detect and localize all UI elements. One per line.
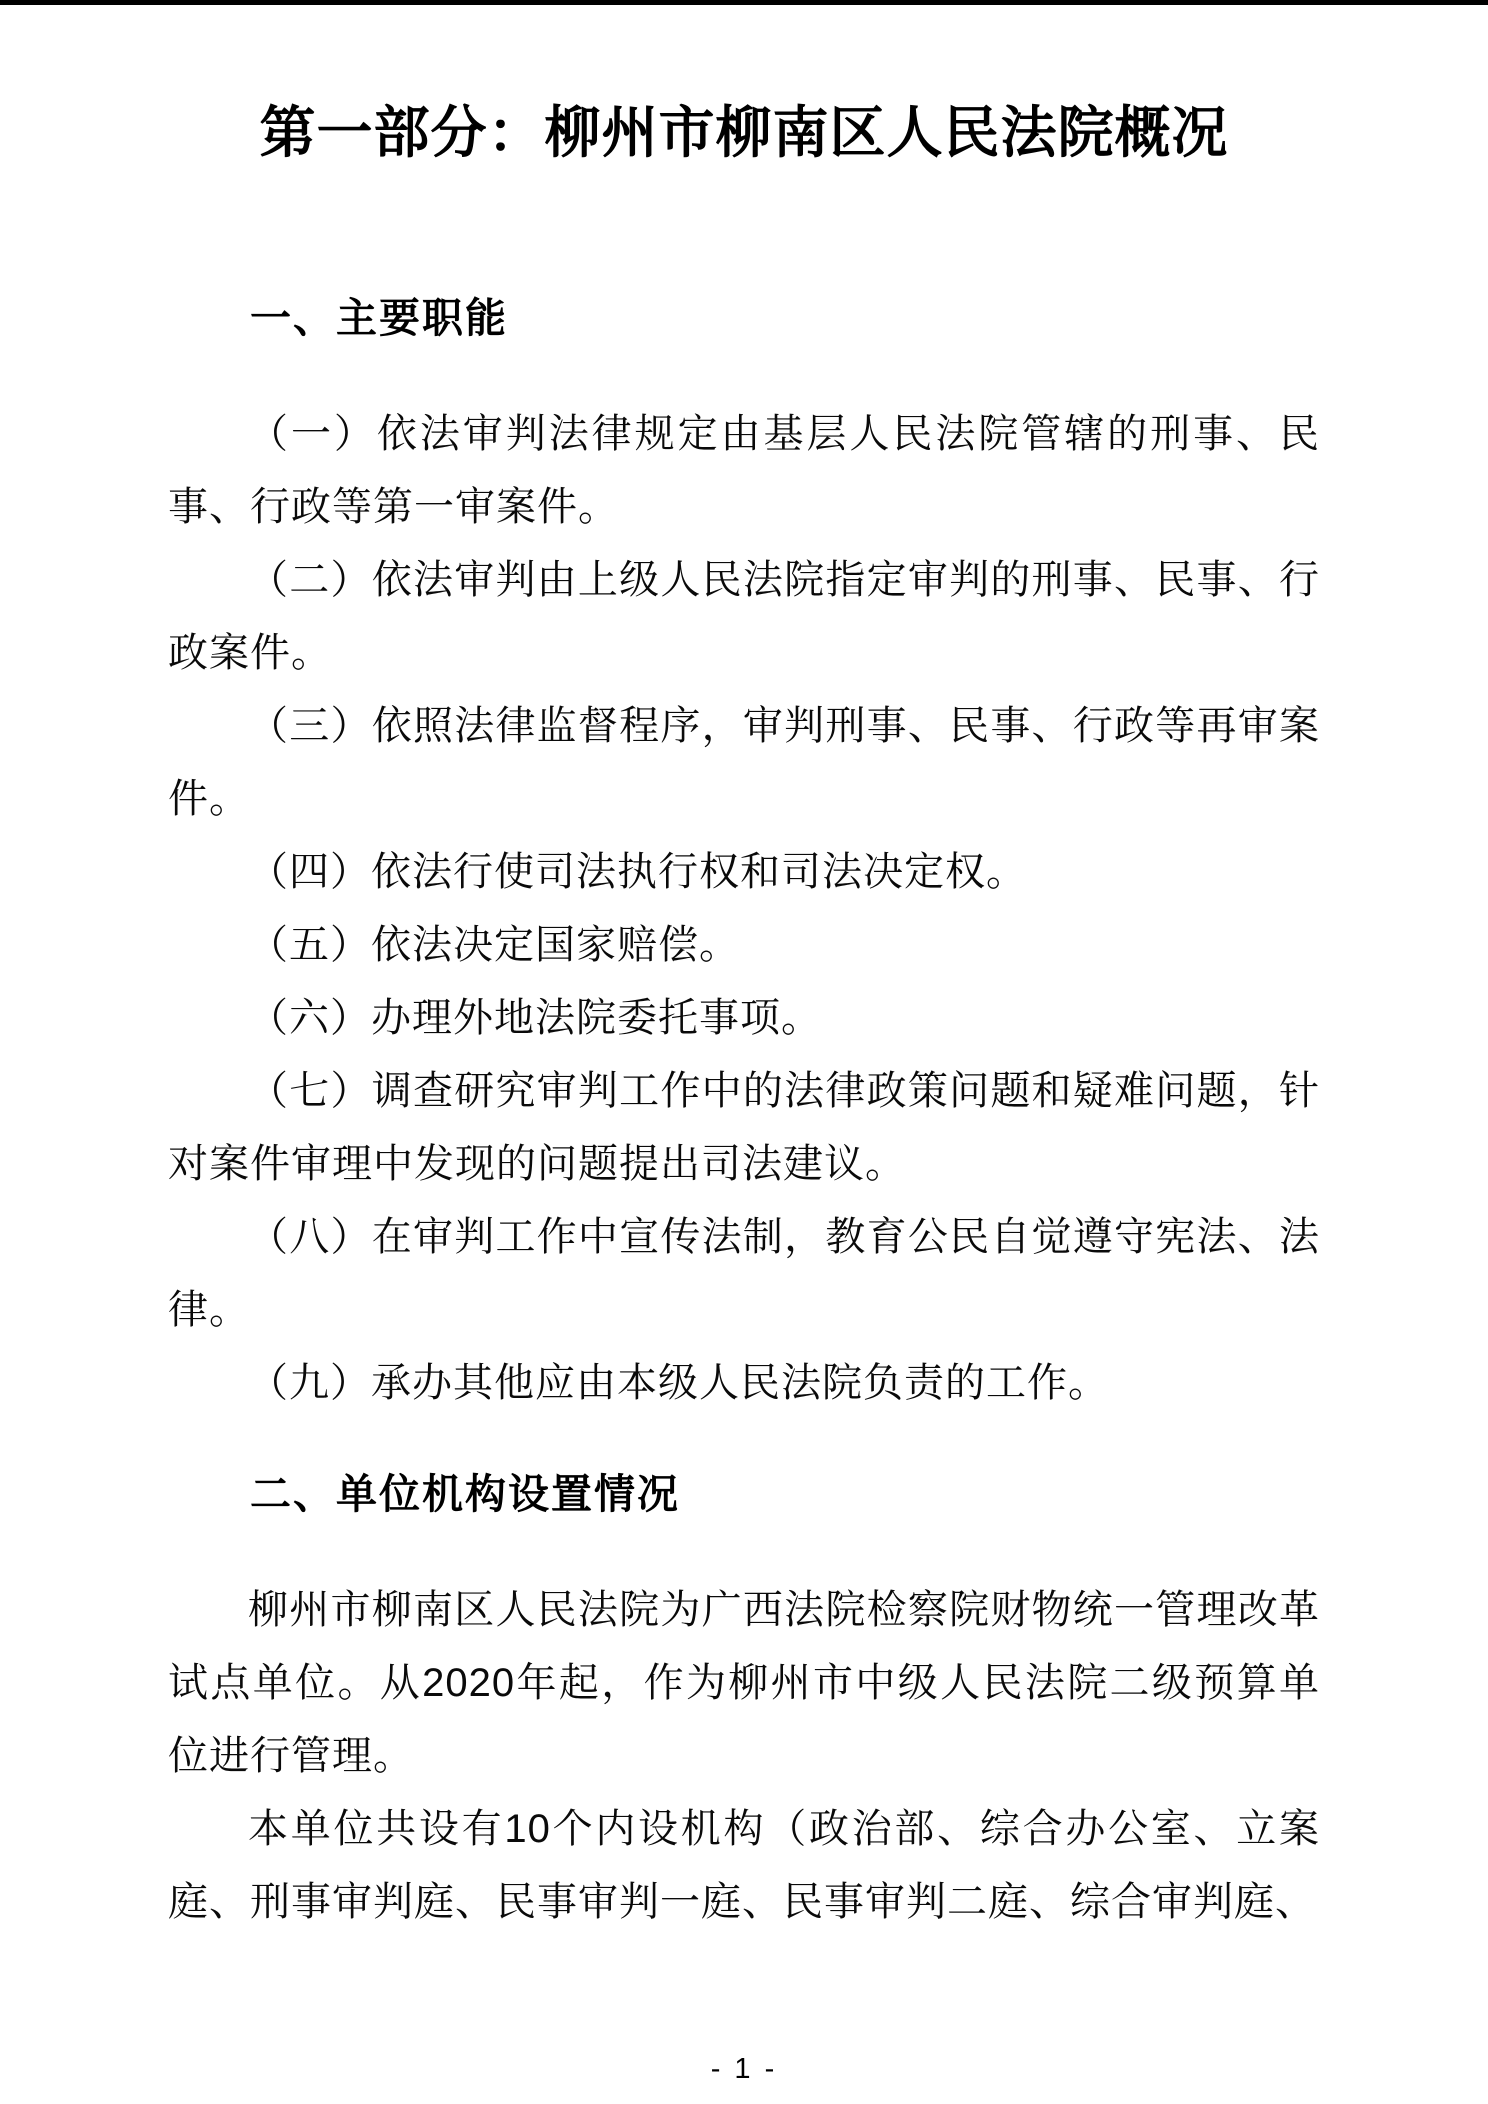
section-main-functions: 一、主要职能 （一）依法审判法律规定由基层人民法院管辖的刑事、民事、行政等第一审… — [168, 290, 1320, 1420]
paragraph-function-7: （七）调查研究审判工作中的法律政策问题和疑难问题，针对案件审理中发现的问题提出司… — [168, 1055, 1320, 1201]
paragraph-function-5: （五）依法决定国家赔偿。 — [168, 909, 1320, 982]
paragraph-function-2: （二）依法审判由上级人民法院指定审判的刑事、民事、行政案件。 — [168, 544, 1320, 690]
paragraph-function-8: （八）在审判工作中宣传法制，教育公民自觉遵守宪法、法律。 — [168, 1201, 1320, 1347]
page-number: - 1 - — [0, 2053, 1488, 2086]
section-heading-org-structure: 二、单位机构设置情况 — [168, 1466, 1320, 1522]
section-org-structure: 二、单位机构设置情况 柳州市柳南区人民法院为广西法院检察院财物统一管理改革试点单… — [168, 1466, 1320, 1939]
paragraph-org-2: 本单位共设有10个内设机构（政治部、综合办公室、立案庭、刑事审判庭、民事审判一庭… — [168, 1793, 1320, 1939]
section-heading-main-functions: 一、主要职能 — [168, 290, 1320, 346]
paragraph-function-1: （一）依法审判法律规定由基层人民法院管辖的刑事、民事、行政等第一审案件。 — [168, 398, 1320, 544]
paragraph-function-4: （四）依法行使司法执行权和司法决定权。 — [168, 836, 1320, 909]
paragraph-function-6: （六）办理外地法院委托事项。 — [168, 982, 1320, 1055]
paragraph-function-3: （三）依照法律监督程序，审判刑事、民事、行政等再审案件。 — [168, 690, 1320, 836]
document-title: 第一部分：柳州市柳南区人民法院概况 — [168, 96, 1320, 170]
document-page: 第一部分：柳州市柳南区人民法院概况 一、主要职能 （一）依法审判法律规定由基层人… — [0, 0, 1488, 2104]
paragraph-function-9: （九）承办其他应由本级人民法院负责的工作。 — [168, 1347, 1320, 1420]
paragraph-org-1: 柳州市柳南区人民法院为广西法院检察院财物统一管理改革试点单位。从2020年起，作… — [168, 1574, 1320, 1793]
